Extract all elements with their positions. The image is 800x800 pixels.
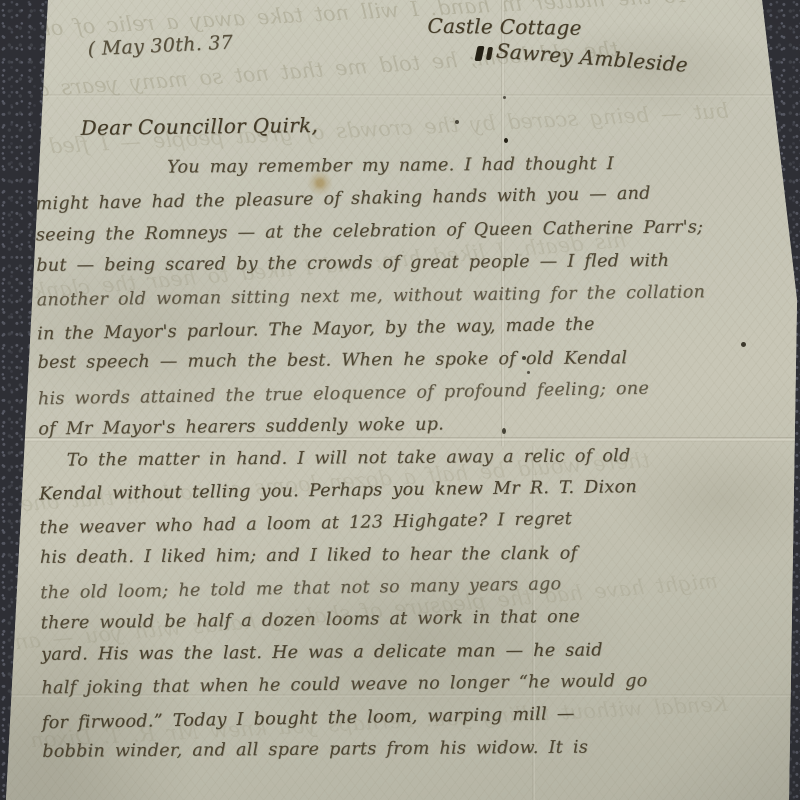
letter-body: You may remember my name. I had thought … (35, 146, 766, 770)
letter-photo: To the matter in hand. I will not take a… (0, 0, 800, 800)
letter-date: ( May 30th. 37 (87, 31, 233, 60)
letter-salutation: Dear Councillor Quirk, (81, 113, 319, 140)
letter-address-line1: Castle Cottage (427, 14, 582, 40)
handwriting-layer: Castle Cottage Sawrey Ambleside ( May 30… (0, 0, 800, 800)
letter-paper: To the matter in hand. I will not take a… (0, 0, 800, 800)
letter-line: bobbin winder, and all spare parts from … (42, 730, 766, 768)
letter-address-line2: Sawrey Ambleside (495, 38, 689, 76)
